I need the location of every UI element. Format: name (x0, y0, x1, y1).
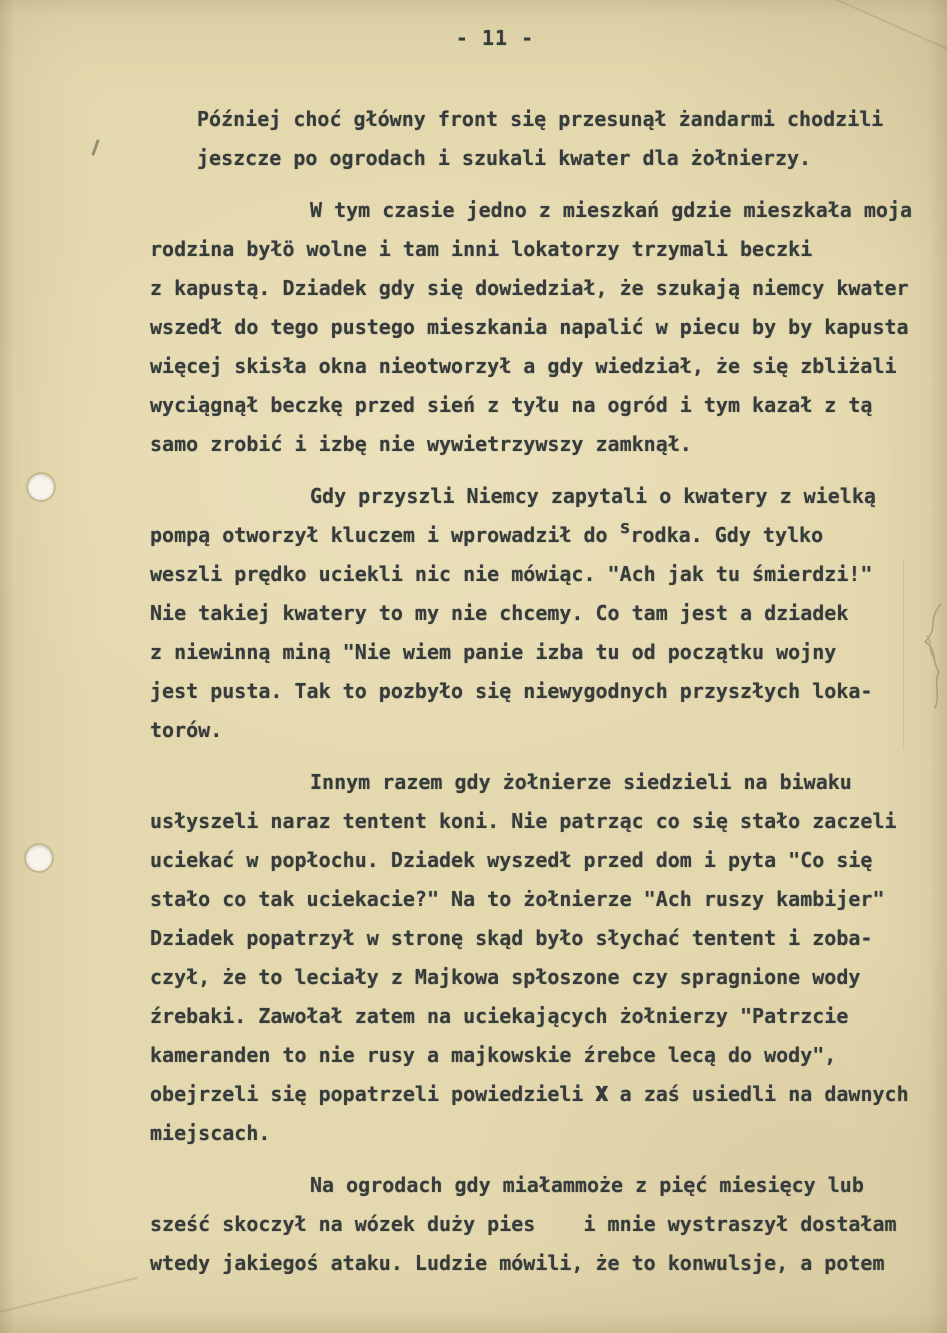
typed-line: jeszcze po ogrodach i szukali kwater dla… (197, 139, 930, 178)
typed-line: sześć skoczył na wózek duży pies i mnie … (150, 1205, 930, 1244)
typed-line: więcej skisła okna nieotworzył a gdy wie… (150, 347, 930, 386)
typed-line: z niewinną miną "Nie wiem panie izba tu … (150, 633, 930, 672)
typed-line: uciekać w popłochu. Dziadek wyszedł prze… (150, 841, 930, 880)
pencil-mark (91, 139, 100, 156)
typed-line: torów. (150, 711, 930, 750)
typed-line: samo zrobić i izbę nie wywietrzywszy zam… (150, 425, 930, 464)
paragraph-4: Innym razem gdy żołnierze siedzieli na b… (150, 763, 930, 1153)
typed-line-with-overstrike: obejrzeli się popatrzeli powiedzieli X a… (150, 1075, 930, 1114)
typed-line: kameranden to nie rusy a majkowskie źreb… (150, 1036, 930, 1075)
typed-line: Na ogrodach gdy miałammoże z pięć miesię… (150, 1166, 930, 1205)
paragraph-3: Gdy przyszli Niemcy zapytali o kwatery z… (150, 477, 930, 750)
line-text: a zaś usiedli na dawnych (608, 1082, 909, 1106)
paragraph-2: W tym czasie jedno z mieszkań gdzie mies… (150, 191, 930, 464)
paragraph-1: Później choć główny front się przesunął … (197, 100, 930, 178)
line-text: obejrzeli się popatrzeli powiedzieli (150, 1082, 596, 1106)
typed-text-block: Później choć główny front się przesunął … (150, 100, 930, 1283)
crease (0, 1277, 138, 1318)
typed-line: Nie takiej kwatery to my nie chcemy. Co … (150, 594, 930, 633)
crease (779, 0, 947, 65)
typed-line: czył, że to leciały z Majkowa spłoszone … (150, 958, 930, 997)
typed-line: z kapustą. Dziadek gdy się dowiedział, ż… (150, 269, 930, 308)
typed-line: usłyszeli naraz tentent koni. Nie patrzą… (150, 802, 930, 841)
line-text: pompą otworzył kluczem i wprowadził do (150, 523, 620, 547)
typed-line: wyciągnął beczkę przed sień z tyłu na og… (150, 386, 930, 425)
typed-line: jest pusta. Tak to pozbyło się niewygodn… (150, 672, 930, 711)
overstruck-letter: X (596, 1082, 608, 1106)
typed-line: wtedy jakiegoś ataku. Ludzie mówili, że … (150, 1244, 930, 1283)
page: - 11 - Później choć główny front się prz… (0, 0, 947, 1333)
typed-line-with-superscript: pompą otworzył kluczem i wprowadził do s… (150, 516, 930, 555)
punch-hole-top (28, 474, 54, 500)
paragraph-5: Na ogrodach gdy miałammoże z pięć miesię… (150, 1166, 930, 1283)
typed-line: Innym razem gdy żołnierze siedzieli na b… (150, 763, 930, 802)
raised-letter: s (620, 508, 631, 547)
typed-line: wszedł do tego pustego mieszkania napali… (150, 308, 930, 347)
punch-hole-bottom (26, 845, 52, 871)
typed-line: miejscach. (150, 1114, 930, 1153)
typed-line: Dziadek popatrzył w stronę skąd było sły… (150, 919, 930, 958)
typed-line: rodzina byłö wolne i tam inni lokatorzy … (150, 230, 930, 269)
typed-line: Gdy przyszli Niemcy zapytali o kwatery z… (150, 477, 930, 516)
typed-line: weszli prędko uciekli nic nie mówiąc. "A… (150, 555, 930, 594)
page-number: - 11 - (430, 26, 560, 50)
typed-line: stało co tak uciekacie?" Na to żołnierze… (150, 880, 930, 919)
line-text: rodka. Gdy tylko (630, 523, 823, 547)
typed-line: W tym czasie jedno z mieszkań gdzie mies… (150, 191, 930, 230)
typed-line: źrebaki. Zawołał zatem na uciekających ż… (150, 997, 930, 1036)
typed-line: Później choć główny front się przesunął … (197, 100, 930, 139)
